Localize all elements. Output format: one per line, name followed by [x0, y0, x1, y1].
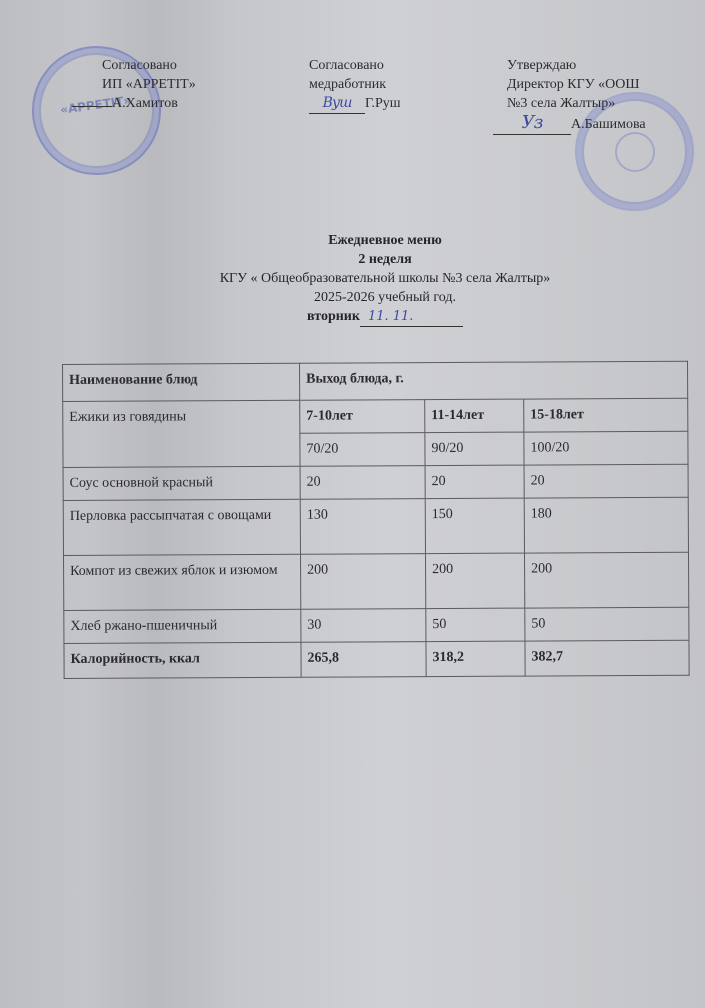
date-field: 11. 11.: [360, 307, 463, 327]
approval-heading: Утверждаю: [507, 56, 646, 75]
portion-value: 100/20: [524, 431, 688, 465]
document-page: «APPETIT» Согласовано ИП «APPETIT» А.Хам…: [0, 0, 705, 1008]
table-row: Хлеб ржано-пшеничный 30 50 50: [64, 607, 689, 643]
document-title: Ежедневное меню 2 неделя КГУ « Общеобраз…: [0, 231, 705, 327]
approver-name: Г.Руш: [365, 96, 401, 111]
portion-value: 180: [524, 497, 688, 553]
approver-name: А.Хамитов: [112, 96, 178, 111]
title-week: 2 неделя: [0, 250, 705, 269]
dish-name: Компот из свежих яблок и изюмом: [64, 554, 301, 610]
table-row: Компот из свежих яблок и изюмом 200 200 …: [64, 552, 689, 610]
age-group: 15-18лет: [524, 398, 688, 432]
portion-value: 30: [301, 609, 426, 643]
table-row: Соус основной красный 20 20 20: [63, 464, 688, 500]
total-value: 382,7: [525, 640, 689, 676]
approval-role-line1: Директор КГУ «ООШ: [507, 75, 646, 94]
table-total-row: Калорийность, ккал 265,8 318,2 382,7: [64, 640, 689, 678]
portion-value: 150: [425, 498, 524, 554]
title-line-1: Ежедневное меню: [0, 231, 705, 250]
dish-name: Хлеб ржано-пшеничный: [64, 609, 301, 643]
approval-heading: Согласовано: [102, 56, 196, 75]
approver-name: А.Башимова: [571, 117, 646, 132]
approval-right: Утверждаю Директор КГУ «ООШ №3 села Жалт…: [507, 56, 646, 135]
total-value: 265,8: [301, 642, 426, 678]
table-row: Ежики из говядины 7-10лет 11-14лет 15-18…: [63, 398, 688, 434]
title-year: 2025-2026 учебный год.: [0, 288, 705, 307]
portion-value: 20: [524, 464, 688, 498]
portion-value: 50: [525, 607, 689, 641]
portion-value: 20: [300, 466, 425, 500]
dish-name: Перловка рассыпчатая с овощами: [63, 499, 300, 555]
portion-value: 50: [426, 608, 525, 642]
portion-value: 200: [425, 553, 524, 609]
table-header-row: Наименование блюд Выход блюда, г.: [63, 361, 688, 401]
header-output: Выход блюда, г.: [299, 361, 687, 400]
portion-value: 20: [425, 465, 524, 499]
title-school: КГУ « Общеобразовательной школы №3 села …: [0, 269, 705, 288]
header-dish: Наименование блюд: [63, 363, 300, 401]
handwritten-date: 11. 11.: [368, 309, 413, 324]
table-row: Перловка рассыпчатая с овощами 130 150 1…: [63, 497, 688, 555]
signature-line: [72, 106, 112, 107]
portion-value: 90/20: [425, 432, 524, 466]
emblem-icon: [615, 132, 655, 172]
approval-role-line2: №3 села Жалтыр»: [507, 94, 646, 113]
approval-role: медработник: [309, 75, 401, 94]
approval-heading: Согласовано: [309, 56, 401, 75]
handwritten-signature: Вуш: [323, 95, 352, 111]
portion-value: 200: [524, 552, 688, 608]
menu-table: Наименование блюд Выход блюда, г. Ежики …: [62, 361, 690, 679]
total-value: 318,2: [426, 641, 525, 677]
age-group: 7-10лет: [300, 400, 425, 434]
handwritten-signature: Уз: [522, 112, 543, 133]
approval-org: ИП «APPETIT»: [102, 75, 196, 94]
day-label: вторник: [307, 309, 360, 324]
approval-middle: Согласовано медработник ВушГ.Руш: [309, 56, 401, 114]
portion-value: 130: [300, 499, 425, 555]
dish-name: Ежики из говядины: [63, 400, 300, 467]
total-label: Калорийность, ккал: [64, 642, 301, 678]
portion-value: 200: [300, 554, 425, 610]
approval-left: Согласовано ИП «APPETIT» А.Хамитов: [102, 56, 196, 113]
portion-value: 70/20: [300, 433, 425, 467]
dish-name: Соус основной красный: [63, 466, 300, 500]
age-group: 11-14лет: [425, 399, 524, 433]
